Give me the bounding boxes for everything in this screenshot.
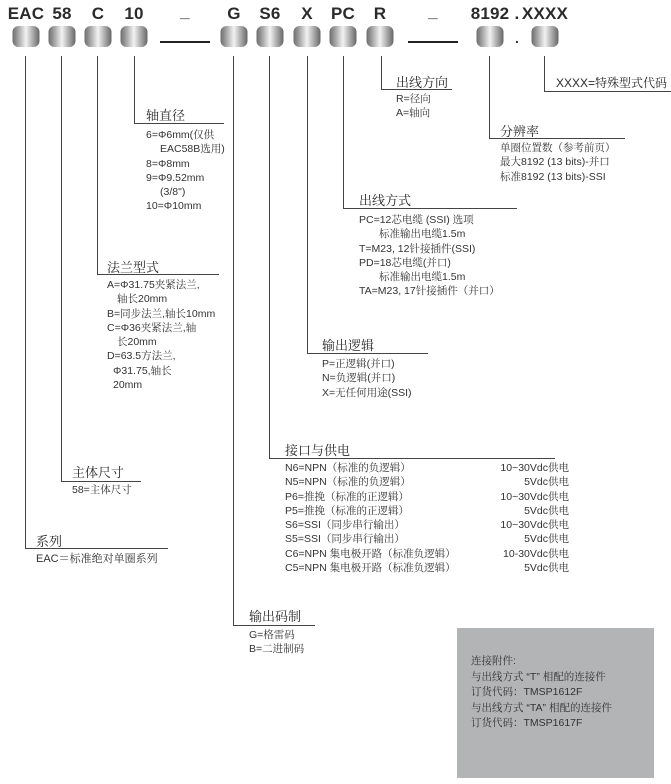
interface-row: N5=NPN（标准的负逻辑）5Vdc供电 <box>285 475 569 489</box>
output-code-desc: G=格雷码 B=二进制码 <box>249 628 304 657</box>
code-slot-resolution <box>477 26 504 47</box>
leader-interface <box>269 56 270 458</box>
code-slot-interface <box>257 26 284 47</box>
code-cable-direction: R <box>374 4 386 24</box>
resolution-title: 分辨率 <box>500 121 539 140</box>
interface-row: C5=NPN 集电极开路（标准负逻辑）5Vdc供电 <box>285 561 569 575</box>
code-series: EAC <box>8 4 45 24</box>
body-size-title: 主体尺寸 <box>72 462 124 481</box>
shaft-desc: 6=Φ6mm(仅供 EAC58B选用) 8=Φ8mm 9=Φ9.52mm (3/… <box>146 128 225 214</box>
interface-row: N6=NPN（标准的负逻辑）10~30Vdc供电 <box>285 461 569 475</box>
flange-desc: A=Φ31.75夹紧法兰, 轴长20mm B=同步法兰,轴长10mm C=Φ36… <box>107 278 215 392</box>
series-desc: EAC＝标准绝对单圈系列 <box>36 552 158 566</box>
code-flange: C <box>92 4 104 24</box>
leader-flange <box>97 56 98 274</box>
output-logic-desc: P=正逻辑(并口) N=负逻辑(并口) X=无任何用途(SSI) <box>322 357 412 400</box>
special-title: XXXX=特殊型式代码 <box>556 74 667 91</box>
code-slot-series <box>13 26 40 47</box>
body-size-desc: 58=主体尺寸 <box>72 483 132 497</box>
cable-type-title: 出线方式 <box>359 190 411 209</box>
code-dot-separator: . <box>515 4 520 24</box>
leader-cable-type <box>343 56 344 208</box>
code-slot-body-size <box>49 26 76 47</box>
leader-series <box>25 56 26 548</box>
underline-body-size <box>61 481 141 482</box>
leader-output-logic <box>307 56 308 353</box>
interface-table: N6=NPN（标准的负逻辑）10~30Vdc供电 N5=NPN（标准的负逻辑）5… <box>285 461 569 575</box>
accessory-note-text: 连接附件: 与出线方式 “T” 相配的连接件 订货代码：TMSP1612F 与出… <box>471 654 612 732</box>
resolution-desc: 单圈位置数（参考前页） 最大8192 (13 bits)-并口 标准8192 (… <box>500 141 616 184</box>
leader-special <box>544 56 545 91</box>
code-slot-cable-type <box>330 26 357 47</box>
interface-title: 接口与供电 <box>285 440 350 459</box>
code-output-logic: X <box>301 4 313 24</box>
code-separator-2: _ <box>428 2 438 22</box>
flange-title: 法兰型式 <box>107 257 159 276</box>
code-separator-1: _ <box>180 2 190 22</box>
code-slot-shaft <box>121 26 148 47</box>
interface-row: C6=NPN 集电极开路（标准负逻辑）10-30Vdc供电 <box>285 547 569 561</box>
leader-cable-direction <box>381 56 382 89</box>
code-shaft: 10 <box>124 4 143 24</box>
cable-direction-desc: R=径向 A=轴向 <box>396 92 431 121</box>
shaft-title: 轴直径 <box>146 105 185 124</box>
code-slot-output-code <box>221 26 248 47</box>
code-resolution: 8192 <box>471 4 510 24</box>
output-code-title: 输出码制 <box>249 606 301 625</box>
accessory-note-box: 连接附件: 与出线方式 “T” 相配的连接件 订货代码：TMSP1612F 与出… <box>457 628 654 778</box>
leader-resolution <box>489 56 490 138</box>
code-output-code: G <box>227 4 240 24</box>
interface-row: P5=推挽（标准的正逻辑）5Vdc供电 <box>285 504 569 518</box>
underline-special <box>544 91 671 92</box>
separator-line-2 <box>408 41 458 43</box>
code-special: XXXX <box>522 4 568 24</box>
interface-row: S5=SSI（同步串行输出）5Vdc供电 <box>285 532 569 546</box>
cable-type-desc: PC=12芯电缆 (SSI) 选项 标准输出电缆1.5m T=M23, 12针接… <box>359 213 500 299</box>
separator-line-1 <box>160 41 210 43</box>
code-slot-cable-direction <box>367 26 394 47</box>
cable-direction-title: 出线方向 <box>396 72 448 91</box>
underline-output-code <box>233 625 315 626</box>
output-logic-title: 输出逻辑 <box>322 335 374 354</box>
dot-separator: . <box>515 30 519 46</box>
code-slot-special <box>532 26 559 47</box>
leader-shaft <box>134 56 135 123</box>
code-cable-type: PC <box>331 4 355 24</box>
code-slot-output-logic <box>294 26 321 47</box>
code-interface: S6 <box>259 4 280 24</box>
code-slot-flange <box>85 26 112 47</box>
series-title: 系列 <box>36 531 62 550</box>
interface-row: S6=SSI（同步串行输出）10~30Vdc供电 <box>285 518 569 532</box>
leader-body-size <box>61 56 62 481</box>
leader-output-code <box>233 56 234 625</box>
interface-row: P6=推挽（标准的正逻辑）10~30Vdc供电 <box>285 490 569 504</box>
code-body-size: 58 <box>52 4 71 24</box>
